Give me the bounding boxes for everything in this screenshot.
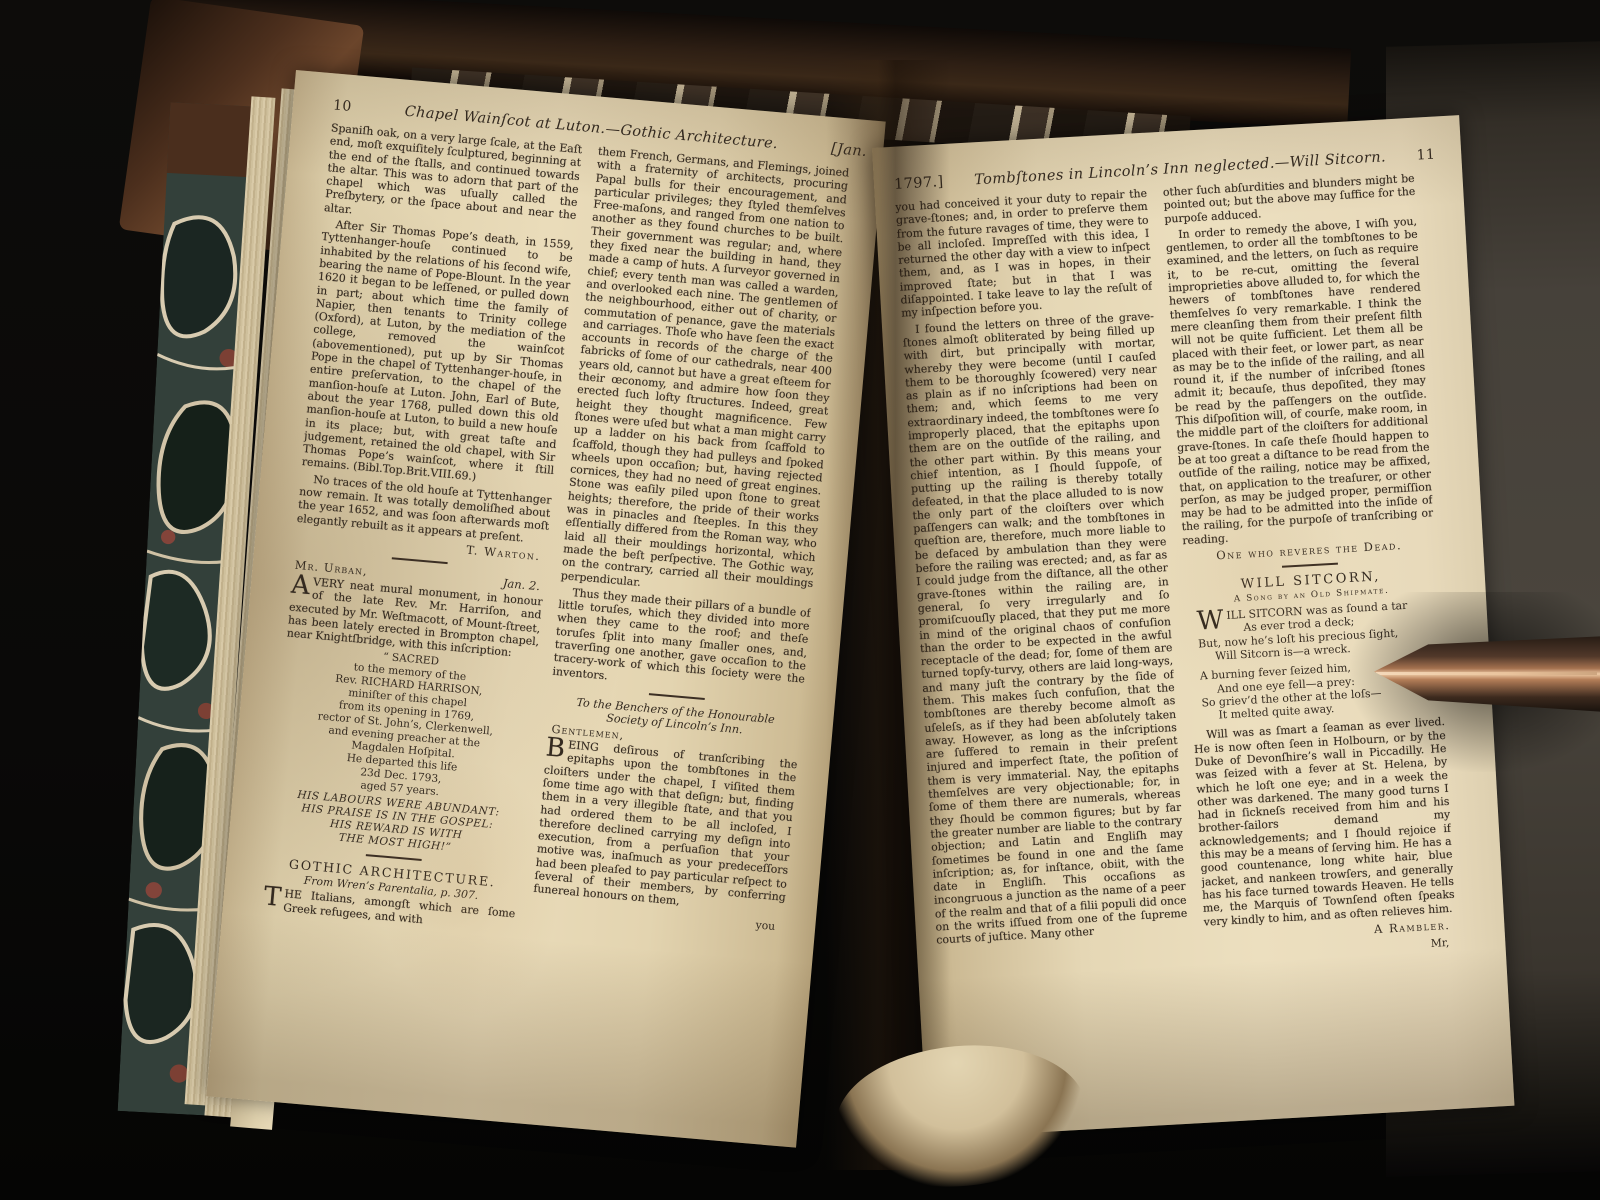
photo-scene: 10 Chapel Wainſcot at Luton.—Gothic Arch… <box>0 0 1600 1200</box>
left-page-columns: Spaniſh oak, on a very large ſcale, at t… <box>251 121 866 1094</box>
section-rule <box>1282 563 1338 568</box>
letter-date: Jan. 2. <box>502 576 540 593</box>
paragraph: I found the letters on three of the grav… <box>902 309 1188 947</box>
left-page-number: 10 <box>332 97 352 115</box>
pen-highlight <box>1376 672 1597 675</box>
paragraph: you had conceived it your duty to repair… <box>895 187 1153 321</box>
paragraph: BEING deſirous of tranſcribing the epita… <box>533 736 798 917</box>
right-header-year: 1797.] <box>894 174 944 193</box>
section-rule <box>392 557 448 564</box>
paragraph: Spaniſh oak, on a very large ſcale, at t… <box>324 121 583 236</box>
right-column-1: you had conceived it your duty to repair… <box>895 187 1199 1130</box>
paragraph: them French, Germans, and Flemings, join… <box>560 145 849 604</box>
section-rule <box>366 854 422 861</box>
section-rule <box>649 693 705 700</box>
monument-inscription: “ SACRED to the memory of the Rev. RICHA… <box>274 643 538 807</box>
right-page-number: 11 <box>1416 147 1435 164</box>
left-page: 10 Chapel Wainſcot at Luton.—Gothic Arch… <box>206 70 886 1148</box>
left-header-month: [Jan. <box>830 141 867 160</box>
paragraph: Thus they made their pillars of a bundle… <box>552 585 811 700</box>
paragraph: In order to remedy the above, I wiſh you… <box>1165 215 1434 548</box>
paragraph: After Sir Thomas Pope’s death, in 1559, … <box>301 217 574 491</box>
